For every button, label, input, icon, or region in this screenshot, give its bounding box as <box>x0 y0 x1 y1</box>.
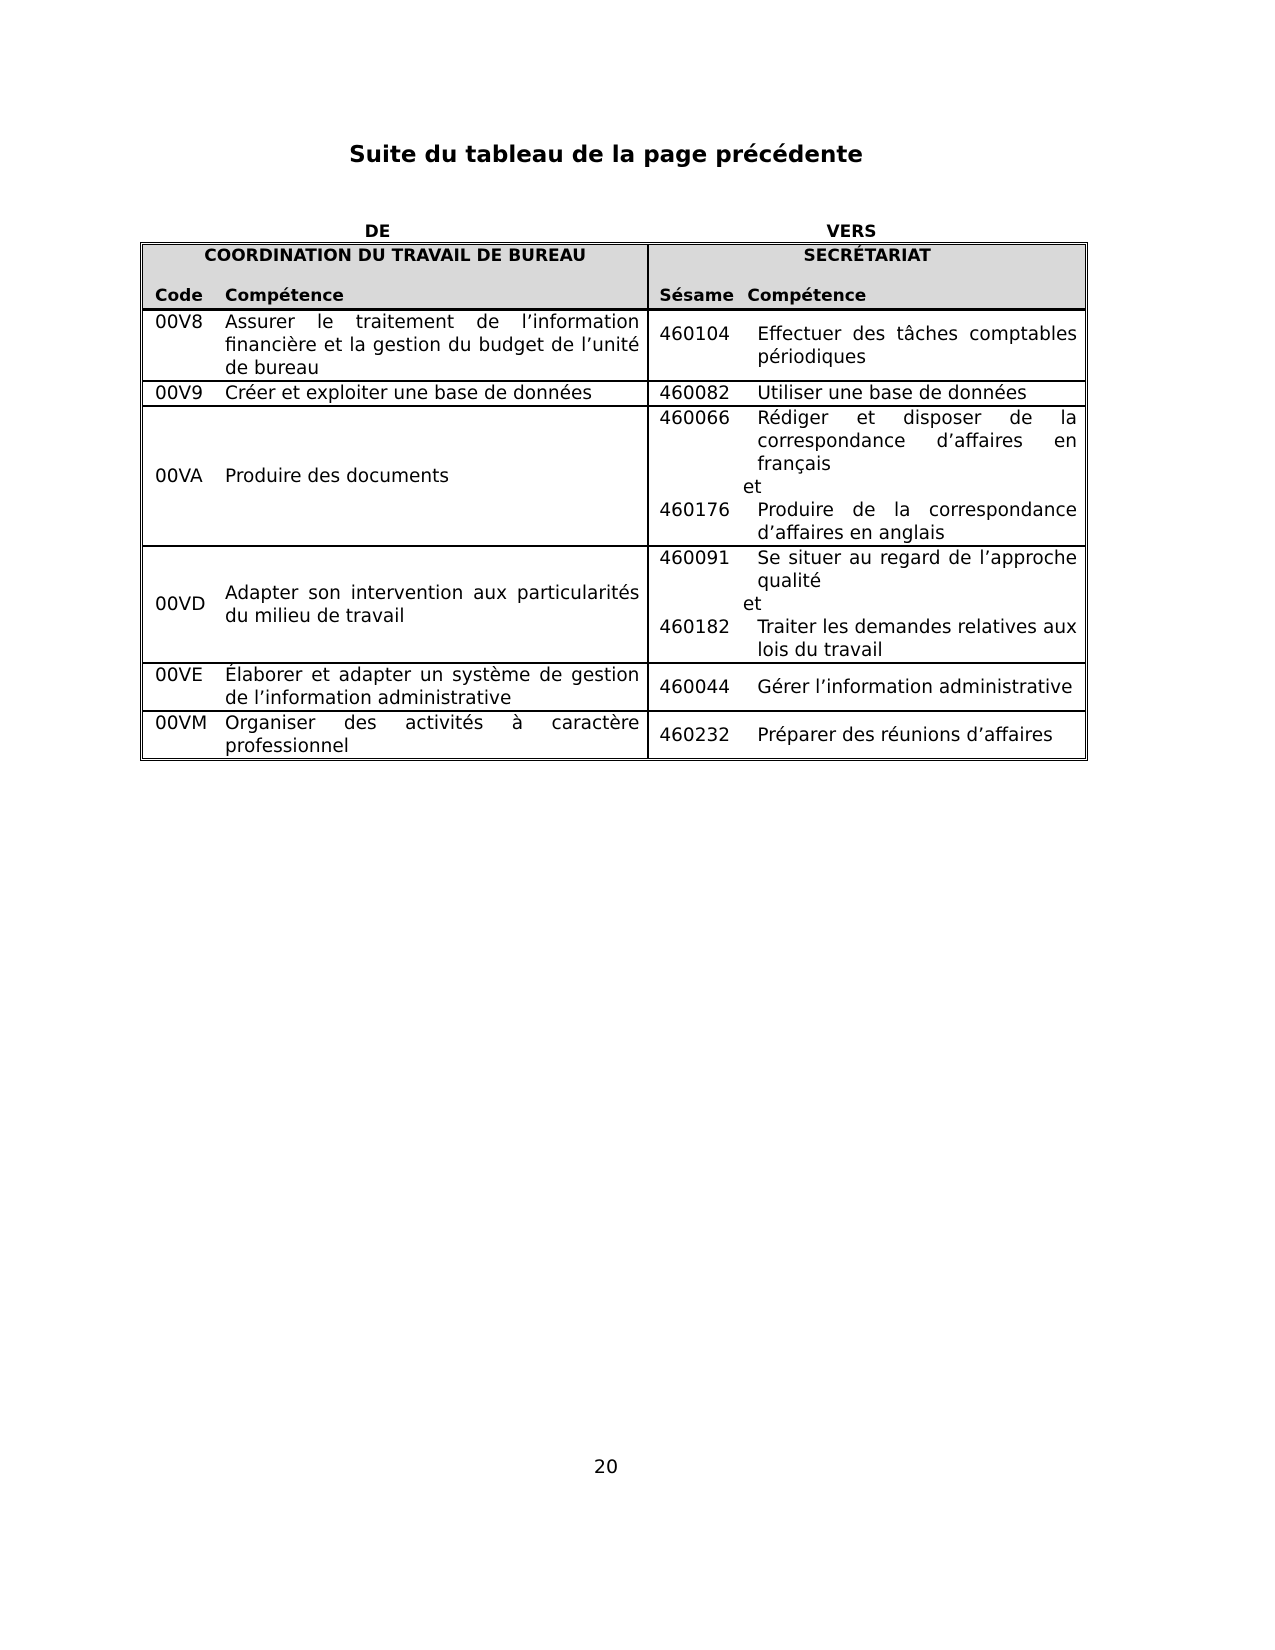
to-program-header: SECRÉTARIAT <box>647 245 1085 285</box>
target-competence: Se situer au regard de l’approche qualit… <box>757 547 1085 593</box>
row-code: 00VE <box>143 662 225 710</box>
connector-et: et <box>659 593 1085 616</box>
target-competence: Produire de la correspondance d’affaires… <box>757 499 1085 545</box>
target-sesame: 460182 <box>659 616 757 662</box>
target-competence: Préparer des réunions d’affaires <box>757 724 1085 747</box>
connector-et: et <box>659 476 1085 499</box>
target-sesame: 460066 <box>659 407 757 476</box>
table-row: 00VDAdapter son intervention aux particu… <box>143 545 1085 662</box>
table-row: 00V8Assurer le traitement de l’informati… <box>143 308 1085 380</box>
target-item: 460104Effectuer des tâches comptables pé… <box>659 323 1085 369</box>
page-number: 20 <box>0 1456 1212 1478</box>
target-sesame: 460104 <box>659 323 757 369</box>
target-item: 460091Se situer au regard de l’approche … <box>659 547 1085 593</box>
row-code: 00VA <box>143 405 225 545</box>
target-item: 460176Produire de la correspondance d’af… <box>659 499 1085 545</box>
from-label: DE <box>140 222 615 242</box>
row-code: 00V8 <box>143 308 225 380</box>
table-row: 00VAProduire des documents460066Rédiger … <box>143 405 1085 545</box>
row-targets: 460091Se situer au regard de l’approche … <box>647 545 1085 662</box>
col-header-competence-from: Compétence <box>225 285 647 308</box>
target-item: 460044Gérer l’information administrative <box>659 676 1085 699</box>
target-item: 460066Rédiger et disposer de la correspo… <box>659 407 1085 476</box>
row-targets: 460082Utiliser une base de données <box>647 380 1085 405</box>
row-targets: 460104Effectuer des tâches comptables pé… <box>647 308 1085 380</box>
target-competence: Gérer l’information administrative <box>757 676 1085 699</box>
row-code: 00VM <box>143 710 225 758</box>
target-sesame: 460082 <box>659 382 757 405</box>
row-code: 00V9 <box>143 380 225 405</box>
target-competence: Utiliser une base de données <box>757 382 1085 405</box>
target-item: 460232Préparer des réunions d’affaires <box>659 724 1085 747</box>
target-competence: Rédiger et disposer de la correspondance… <box>757 407 1085 476</box>
correspondence-table: COORDINATION DU TRAVAIL DE BUREAU SECRÉT… <box>140 242 1088 761</box>
row-competence: Élaborer et adapter un système de gestio… <box>225 662 647 710</box>
row-competence: Créer et exploiter une base de données <box>225 380 647 405</box>
page-title: Suite du tableau de la page précédente <box>0 142 1212 168</box>
col-header-competence-to: Compétence <box>747 285 1085 308</box>
row-targets: 460232Préparer des réunions d’affaires <box>647 710 1085 758</box>
table-header-columns: Code Compétence Sésame Compétence <box>143 285 1085 308</box>
target-competence: Effectuer des tâches comptables périodiq… <box>757 323 1085 369</box>
target-competence: Traiter les demandes relatives aux lois … <box>757 616 1085 662</box>
table-header-programs: COORDINATION DU TRAVAIL DE BUREAU SECRÉT… <box>143 245 1085 285</box>
target-item: 460082Utiliser une base de données <box>659 382 1085 405</box>
row-targets: 460044Gérer l’information administrative <box>647 662 1085 710</box>
table-row: 00VEÉlaborer et adapter un système de ge… <box>143 662 1085 710</box>
target-sesame: 460044 <box>659 676 757 699</box>
from-program-header: COORDINATION DU TRAVAIL DE BUREAU <box>143 245 647 285</box>
target-sesame: 460091 <box>659 547 757 593</box>
col-header-code: Code <box>143 285 225 308</box>
row-competence: Produire des documents <box>225 405 647 545</box>
row-code: 00VD <box>143 545 225 662</box>
table-row: 00VMOrganiser des activités à caractère … <box>143 710 1085 758</box>
row-competence: Organiser des activités à caractère prof… <box>225 710 647 758</box>
row-competence: Adapter son intervention aux particulari… <box>225 545 647 662</box>
target-item: 460182Traiter les demandes relatives aux… <box>659 616 1085 662</box>
row-targets: 460066Rédiger et disposer de la correspo… <box>647 405 1085 545</box>
target-sesame: 460232 <box>659 724 757 747</box>
table-row: 00V9Créer et exploiter une base de donné… <box>143 380 1085 405</box>
row-competence: Assurer le traitement de l’information f… <box>225 308 647 380</box>
to-label: VERS <box>615 222 1088 242</box>
target-sesame: 460176 <box>659 499 757 545</box>
col-header-sesame: Sésame <box>647 285 747 308</box>
